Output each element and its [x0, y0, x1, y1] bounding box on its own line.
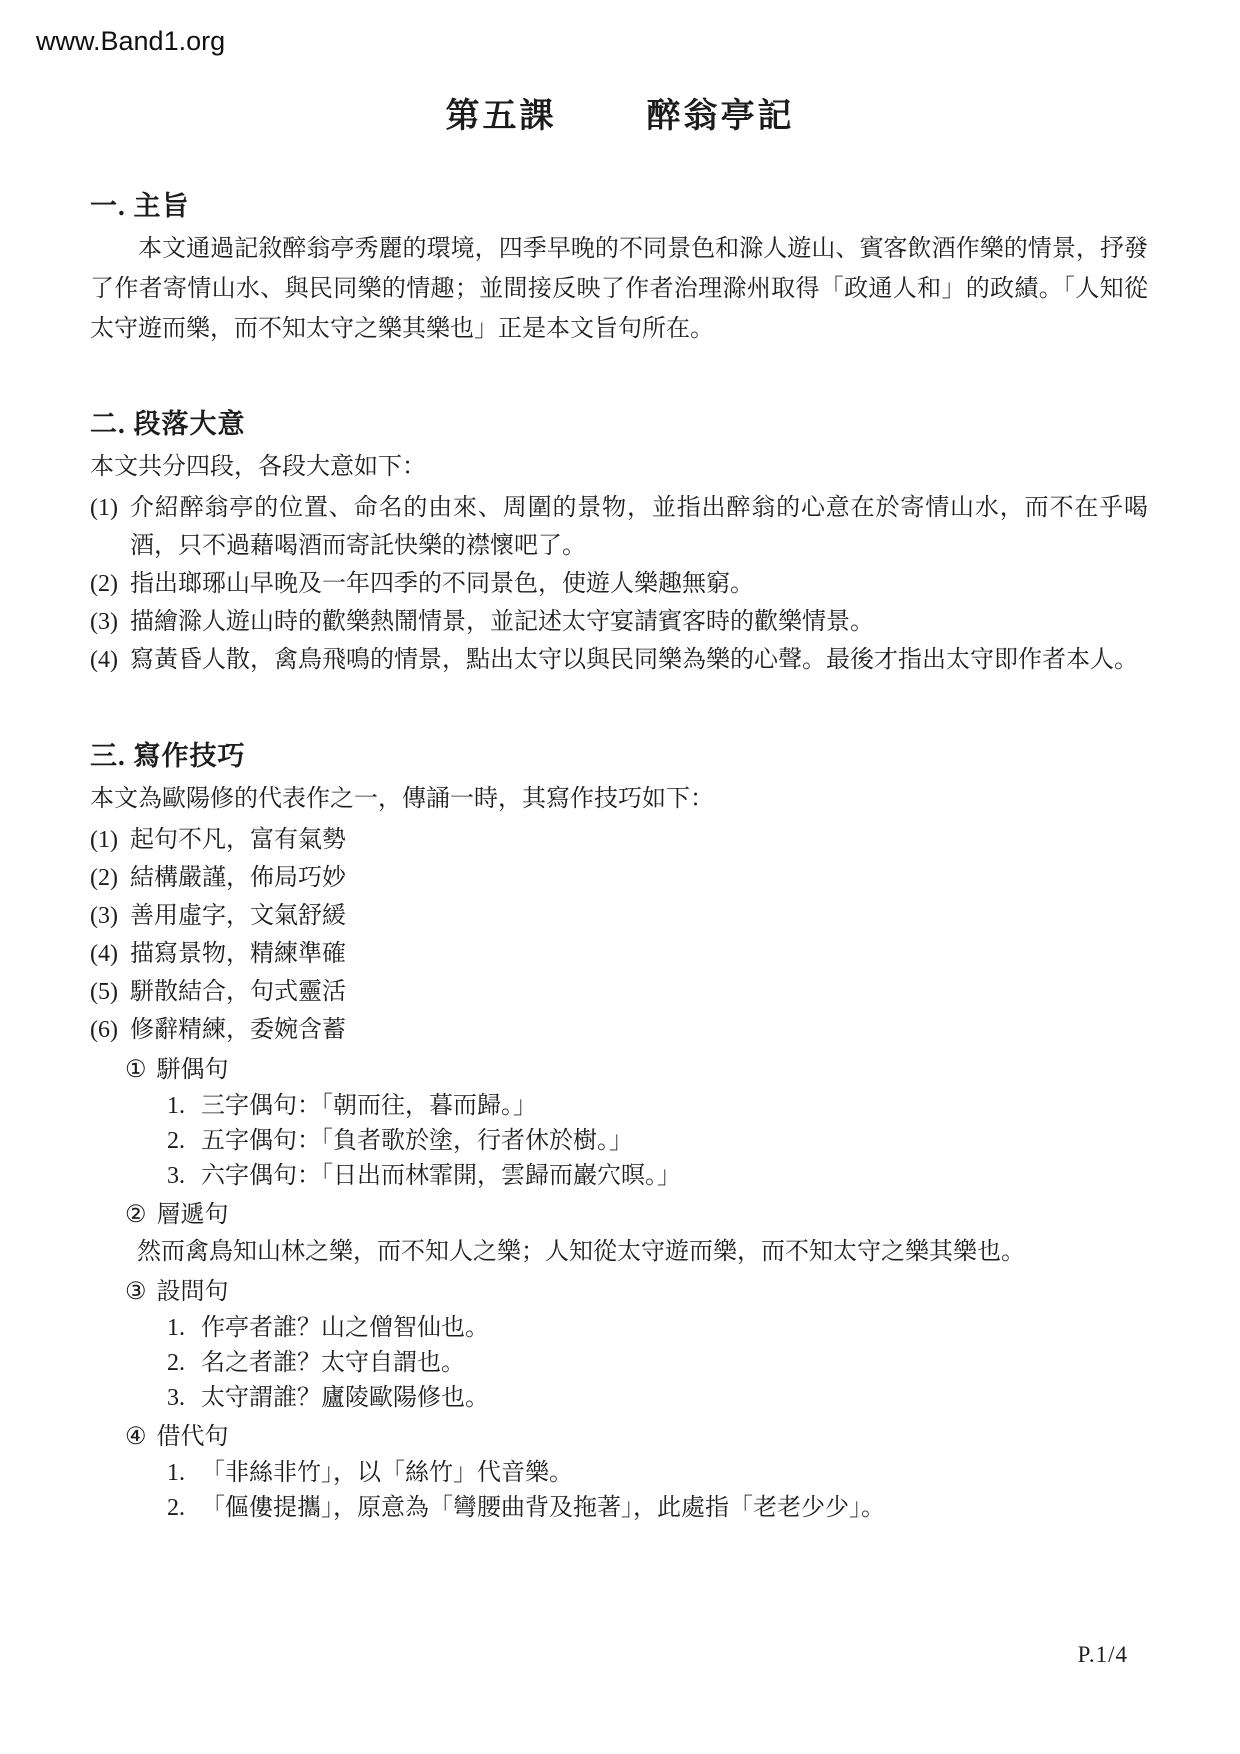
list-item: (4) 寫黃昏人散，禽鳥飛鳴的情景，點出太守以與民同樂為樂的心聲。最後才指出太守… [90, 641, 1148, 679]
circled-number-marker: ③ [125, 1279, 147, 1305]
item-text: 描寫景物，精練準確 [130, 935, 1148, 973]
section-theme: 一. 主旨 本文通過記敘醉翁亭秀麗的環境，四季早晚的不同景色和滁人遊山、賓客飲酒… [90, 189, 1148, 349]
subsection-title: ③設問句 [125, 1273, 1148, 1311]
subsection-title: ①駢偶句 [125, 1051, 1148, 1089]
item-marker: (6) [90, 1011, 130, 1049]
example-item: 2. 「傴僂提攜」，原意為「彎腰曲背及拖著」，此處指「老老少少」。 [167, 1491, 1148, 1526]
example-number: 2. [167, 1491, 201, 1526]
theme-paragraph: 本文通過記敘醉翁亭秀麗的環境，四季早晚的不同景色和滁人遊山、賓客飲酒作樂的情景，… [90, 229, 1148, 349]
section-writing-techniques: 三. 寫作技巧 本文為歐陽修的代表作之一，傳誦一時，其寫作技巧如下： (1) 起… [90, 739, 1148, 1526]
section-heading-theme: 一. 主旨 [90, 189, 1148, 223]
subsection-metonymy: ④借代句 1. 「非絲非竹」，以「絲竹」代音樂。 2. 「傴僂提攜」，原意為「彎… [90, 1418, 1148, 1526]
item-marker: (2) [90, 859, 130, 897]
item-marker: (1) [90, 489, 130, 565]
subsection-climax-sentence: ②層遞句 然而禽鳥知山林之樂，而不知人之樂；人知從太守遊而樂，而不知太守之樂其樂… [90, 1196, 1148, 1271]
item-text: 結構嚴謹，佈局巧妙 [130, 859, 1148, 897]
item-marker: (2) [90, 565, 130, 603]
list-item: (6) 修辭精練，委婉含蓄 [90, 1011, 1148, 1049]
circled-number-marker: ① [125, 1057, 147, 1083]
item-marker: (3) [90, 603, 130, 641]
example-item: 2. 五字偶句：「負者歌於塗，行者休於樹。」 [167, 1124, 1148, 1159]
list-item: (2) 指出瑯琊山早晚及一年四季的不同景色，使遊人樂趣無窮。 [90, 565, 1148, 603]
list-item: (4) 描寫景物，精練準確 [90, 935, 1148, 973]
item-marker: (5) [90, 973, 130, 1011]
example-text: 太守謂誰？廬陵歐陽修也。 [201, 1381, 489, 1416]
example-item: 1. 三字偶句：「朝而往，暮而歸。」 [167, 1089, 1148, 1124]
paragraph-summaries-intro: 本文共分四段，各段大意如下： [90, 447, 1148, 487]
section-heading-writing-techniques: 三. 寫作技巧 [90, 739, 1148, 773]
subsection-parallel-couplets: ①駢偶句 1. 三字偶句：「朝而往，暮而歸。」 2. 五字偶句：「負者歌於塗，行… [90, 1051, 1148, 1194]
item-text: 介紹醉翁亭的位置、命名的由來、周圍的景物，並指出醉翁的心意在於寄情山水，而不在乎… [130, 489, 1148, 565]
item-text: 善用虛字，文氣舒緩 [130, 897, 1148, 935]
example-item: 1. 作亭者誰？山之僧智仙也。 [167, 1311, 1148, 1346]
section-heading-paragraph-summaries: 二. 段落大意 [90, 407, 1148, 441]
example-item: 1. 「非絲非竹」，以「絲竹」代音樂。 [167, 1456, 1148, 1491]
example-text: 五字偶句：「負者歌於塗，行者休於樹。」 [201, 1124, 633, 1159]
document-title: 第五課 醉翁亭記 [0, 0, 1240, 137]
subsection-examples: 1. 「非絲非竹」，以「絲竹」代音樂。 2. 「傴僂提攜」，原意為「彎腰曲背及拖… [125, 1456, 1148, 1526]
list-item: (5) 駢散結合，句式靈活 [90, 973, 1148, 1011]
example-text: 名之者誰？太守自謂也。 [201, 1346, 465, 1381]
item-marker: (4) [90, 935, 130, 973]
circled-number-marker: ② [125, 1202, 147, 1228]
subsection-title: ②層遞句 [125, 1196, 1148, 1234]
example-number: 1. [167, 1456, 201, 1491]
item-text: 寫黃昏人散，禽鳥飛鳴的情景，點出太守以與民同樂為樂的心聲。最後才指出太守即作者本… [130, 641, 1148, 679]
example-number: 1. [167, 1311, 201, 1346]
list-item: (1) 介紹醉翁亭的位置、命名的由來、周圍的景物，並指出醉翁的心意在於寄情山水，… [90, 489, 1148, 565]
item-text: 起句不凡，富有氣勢 [130, 821, 1148, 859]
example-item: 2. 名之者誰？太守自謂也。 [167, 1346, 1148, 1381]
writing-techniques-list: (1) 起句不凡，富有氣勢 (2) 結構嚴謹，佈局巧妙 (3) 善用虛字，文氣舒… [90, 821, 1148, 1049]
subsection-title-text: 借代句 [157, 1424, 229, 1450]
page-number: P.1/4 [1078, 1642, 1128, 1668]
example-text: 作亭者誰？山之僧智仙也。 [201, 1311, 489, 1346]
example-text: 「傴僂提攜」，原意為「彎腰曲背及拖著」，此處指「老老少少」。 [201, 1491, 885, 1526]
subsection-examples: 1. 三字偶句：「朝而往，暮而歸。」 2. 五字偶句：「負者歌於塗，行者休於樹。… [125, 1089, 1148, 1194]
document-page: www.Band1.org 第五課 醉翁亭記 一. 主旨 本文通過記敘醉翁亭秀麗… [0, 0, 1240, 1754]
subsection-title-text: 駢偶句 [157, 1057, 229, 1083]
item-marker: (1) [90, 821, 130, 859]
example-number: 1. [167, 1089, 201, 1124]
section-paragraph-summaries: 二. 段落大意 本文共分四段，各段大意如下： (1) 介紹醉翁亭的位置、命名的由… [90, 407, 1148, 679]
site-watermark: www.Band1.org [36, 26, 225, 57]
example-item: 3. 太守謂誰？廬陵歐陽修也。 [167, 1381, 1148, 1416]
subsection-examples: 1. 作亭者誰？山之僧智仙也。 2. 名之者誰？太守自謂也。 3. 太守謂誰？廬… [125, 1311, 1148, 1416]
document-body: 一. 主旨 本文通過記敘醉翁亭秀麗的環境，四季早晚的不同景色和滁人遊山、賓客飲酒… [0, 189, 1240, 1526]
example-number: 2. [167, 1124, 201, 1159]
list-item: (3) 善用虛字，文氣舒緩 [90, 897, 1148, 935]
subsection-title-text: 層遞句 [157, 1202, 229, 1228]
subsection-title-text: 設問句 [157, 1279, 229, 1305]
example-text: 三字偶句：「朝而往，暮而歸。」 [201, 1089, 537, 1124]
example-number: 3. [167, 1381, 201, 1416]
subsection-title: ④借代句 [125, 1418, 1148, 1456]
example-item: 3. 六字偶句：「日出而林霏開，雲歸而巖穴暝。」 [167, 1159, 1148, 1194]
list-item: (2) 結構嚴謹，佈局巧妙 [90, 859, 1148, 897]
example-text: 六字偶句：「日出而林霏開，雲歸而巖穴暝。」 [201, 1159, 681, 1194]
lesson-name: 醉翁亭記 [647, 88, 795, 137]
item-text: 駢散結合，句式靈活 [130, 973, 1148, 1011]
list-item: (1) 起句不凡，富有氣勢 [90, 821, 1148, 859]
writing-techniques-intro: 本文為歐陽修的代表作之一，傳誦一時，其寫作技巧如下： [90, 779, 1148, 819]
item-text: 描繪滁人遊山時的歡樂熱鬧情景，並記述太守宴請賓客時的歡樂情景。 [130, 603, 1148, 641]
item-marker: (3) [90, 897, 130, 935]
item-text: 修辭精練，委婉含蓄 [130, 1011, 1148, 1049]
subsection-rhetorical-question: ③設問句 1. 作亭者誰？山之僧智仙也。 2. 名之者誰？太守自謂也。 3. 太… [90, 1273, 1148, 1416]
example-number: 3. [167, 1159, 201, 1194]
list-item: (3) 描繪滁人遊山時的歡樂熱鬧情景，並記述太守宴請賓客時的歡樂情景。 [90, 603, 1148, 641]
circled-number-marker: ④ [125, 1424, 147, 1450]
climax-example-text: 然而禽鳥知山林之樂，而不知人之樂；人知從太守遊而樂，而不知太守之樂其樂也。 [125, 1234, 1148, 1271]
item-text: 指出瑯琊山早晚及一年四季的不同景色，使遊人樂趣無窮。 [130, 565, 1148, 603]
example-number: 2. [167, 1346, 201, 1381]
item-marker: (4) [90, 641, 130, 679]
paragraph-summaries-list: (1) 介紹醉翁亭的位置、命名的由來、周圍的景物，並指出醉翁的心意在於寄情山水，… [90, 489, 1148, 679]
example-text: 「非絲非竹」，以「絲竹」代音樂。 [201, 1456, 573, 1491]
lesson-number: 第五課 [446, 88, 557, 137]
